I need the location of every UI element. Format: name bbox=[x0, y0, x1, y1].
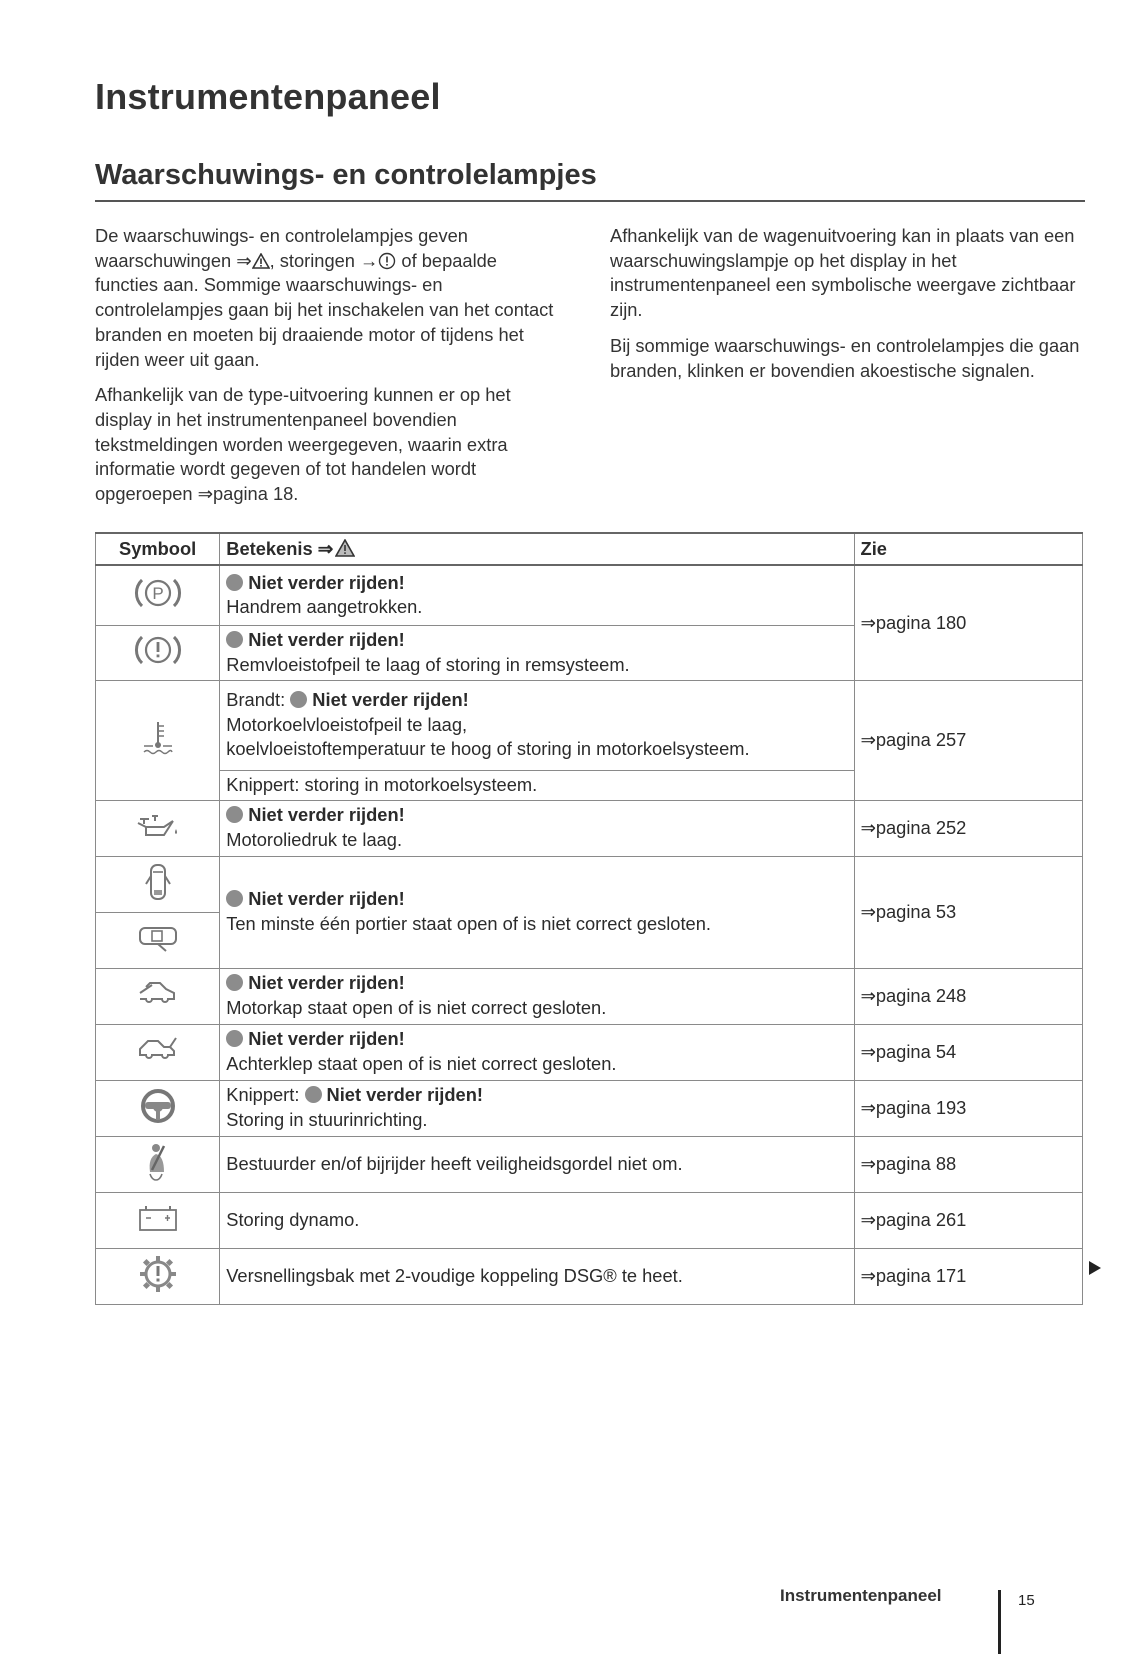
stop-warning: Niet verder rijden! bbox=[312, 689, 468, 710]
warning-lights-table: Symbool Betekenis ⇒ Zie PNiet verder rij… bbox=[95, 532, 1083, 1305]
brake-warning-icon bbox=[102, 633, 213, 672]
meaning-text: Motorkoelvloeistofpeil te laag, koelvloe… bbox=[226, 714, 749, 760]
battery-icon bbox=[102, 1202, 213, 1239]
see-page-cell: ⇒pagina 171 bbox=[854, 1248, 1082, 1304]
section-title: Waarschuwings- en controlelampjes bbox=[95, 159, 597, 192]
section-divider bbox=[95, 200, 1085, 202]
symbol-cell bbox=[96, 1248, 220, 1304]
svg-text:P: P bbox=[152, 584, 163, 603]
intro-left-column: De waarschuwings- en controlelampjes gev… bbox=[95, 224, 565, 518]
arrow-icon: ⇒ bbox=[236, 250, 251, 271]
stop-warning: Niet verder rijden! bbox=[248, 1028, 404, 1049]
intro-paragraph-3: Afhankelijk van de wagenuitvoering kan i… bbox=[610, 224, 1090, 323]
meaning-cell: Knippert: storing in motorkoelsysteem. bbox=[220, 770, 854, 800]
see-page-cell: ⇒pagina 257 bbox=[854, 680, 1082, 800]
meaning-text: Bestuurder en/of bijrijder heeft veiligh… bbox=[226, 1153, 682, 1174]
symbol-cell bbox=[96, 800, 220, 856]
table-row: Brandt: Niet verder rijden!Motorkoelvloe… bbox=[96, 680, 1083, 770]
header-meaning-label: Betekenis ⇒ bbox=[226, 538, 333, 559]
meaning-text: Handrem aangetrokken. bbox=[226, 596, 422, 617]
warning-triangle-icon bbox=[335, 539, 355, 557]
info-circle-icon bbox=[378, 252, 396, 270]
meaning-text: Storing dynamo. bbox=[226, 1209, 359, 1230]
meaning-cell: Niet verder rijden!Motoroliedruk te laag… bbox=[220, 800, 854, 856]
meaning-cell: Knippert: Niet verder rijden!Storing in … bbox=[220, 1080, 854, 1136]
seatbelt-icon bbox=[102, 1142, 213, 1187]
meaning-cell: Niet verder rijden!Handrem aangetrokken. bbox=[220, 565, 854, 625]
meaning-cell: Versnellingsbak met 2-voudige koppeling … bbox=[220, 1248, 854, 1304]
intro-paragraph-2: Afhankelijk van de type-uitvoering kunne… bbox=[95, 383, 565, 507]
chapter-title: Instrumentenpaneel bbox=[95, 76, 441, 118]
meaning-text: Remvloeistofpeil te laag of storing in r… bbox=[226, 654, 629, 675]
symbol-cell bbox=[96, 1136, 220, 1192]
meaning-text: Versnellingsbak met 2-voudige koppeling … bbox=[226, 1265, 683, 1286]
meaning-cell: Bestuurder en/of bijrijder heeft veiligh… bbox=[220, 1136, 854, 1192]
meaning-cell: Niet verder rijden!Achterklep staat open… bbox=[220, 1024, 854, 1080]
table-row: Niet verder rijden!Achterklep staat open… bbox=[96, 1024, 1083, 1080]
see-page-cell: ⇒pagina 88 bbox=[854, 1136, 1082, 1192]
meaning-cell: Niet verder rijden!Ten minste één portie… bbox=[220, 856, 854, 968]
stop-icon bbox=[305, 1086, 322, 1103]
stop-icon bbox=[226, 1030, 243, 1047]
meaning-cell: Niet verder rijden!Motorkap staat open o… bbox=[220, 968, 854, 1024]
stop-icon bbox=[226, 574, 243, 591]
see-page-cell: ⇒pagina 248 bbox=[854, 968, 1082, 1024]
symbol-cell bbox=[96, 680, 220, 800]
symbol-cell bbox=[96, 1080, 220, 1136]
stop-icon bbox=[226, 806, 243, 823]
table-row: Niet verder rijden!Motoroliedruk te laag… bbox=[96, 800, 1083, 856]
page-reference-link[interactable]: ⇒pagina 261 bbox=[861, 1209, 967, 1230]
see-page-cell: ⇒pagina 53 bbox=[854, 856, 1082, 968]
table-row: Bestuurder en/of bijrijder heeft veiligh… bbox=[96, 1136, 1083, 1192]
see-page-cell: ⇒pagina 180 bbox=[854, 565, 1082, 680]
stop-icon bbox=[226, 974, 243, 991]
meaning-cell: Storing dynamo. bbox=[220, 1192, 854, 1248]
stop-warning: Niet verder rijden! bbox=[248, 804, 404, 825]
page-reference-link[interactable]: ⇒pagina 171 bbox=[861, 1265, 967, 1286]
symbol-cell bbox=[96, 912, 220, 968]
meaning-text: Ten minste één portier staat open of is … bbox=[226, 913, 711, 934]
column-header-meaning: Betekenis ⇒ bbox=[220, 533, 854, 565]
table-row: Niet verder rijden!Motorkap staat open o… bbox=[96, 968, 1083, 1024]
symbol-cell bbox=[96, 625, 220, 680]
intro-paragraph-1: De waarschuwings- en controlelampjes gev… bbox=[95, 224, 565, 372]
tailgate-open-icon bbox=[102, 1035, 213, 1070]
table-row: Niet verder rijden!Ten minste één portie… bbox=[96, 856, 1083, 912]
intro-text: , storingen bbox=[270, 250, 360, 271]
stop-icon bbox=[290, 691, 307, 708]
meaning-cell: Niet verder rijden!Remvloeistofpeil te l… bbox=[220, 625, 854, 680]
intro-paragraph-4: Bij sommige waarschuwings- en controlela… bbox=[610, 334, 1090, 383]
hood-open-icon bbox=[102, 979, 213, 1014]
table-row: PNiet verder rijden!Handrem aangetrokken… bbox=[96, 565, 1083, 625]
table-row: Storing dynamo.⇒pagina 261 bbox=[96, 1192, 1083, 1248]
condition-prefix: Brandt: bbox=[226, 689, 290, 710]
symbol-cell bbox=[96, 1024, 220, 1080]
footer-chapter-title: Instrumentenpaneel bbox=[780, 1586, 942, 1606]
warning-triangle-icon bbox=[252, 253, 270, 269]
page-reference-link[interactable]: ⇒pagina 180 bbox=[861, 612, 967, 633]
arrow-icon: → bbox=[360, 250, 378, 271]
symbol-cell bbox=[96, 968, 220, 1024]
stop-warning: Niet verder rijden! bbox=[248, 629, 404, 650]
next-page-arrow-icon bbox=[1089, 1261, 1101, 1275]
symbol-cell: P bbox=[96, 565, 220, 625]
stop-icon bbox=[226, 631, 243, 648]
condition-prefix: Knippert: bbox=[226, 1084, 304, 1105]
steering-wheel-icon bbox=[102, 1088, 213, 1129]
see-page-cell: ⇒pagina 193 bbox=[854, 1080, 1082, 1136]
meaning-text: Motorkap staat open of is niet correct g… bbox=[226, 997, 606, 1018]
table-row: Versnellingsbak met 2-voudige koppeling … bbox=[96, 1248, 1083, 1304]
column-header-symbol: Symbool bbox=[96, 533, 220, 565]
stop-warning: Niet verder rijden! bbox=[248, 972, 404, 993]
page-reference-link[interactable]: ⇒pagina 252 bbox=[861, 817, 967, 838]
intro-right-column: Afhankelijk van de wagenuitvoering kan i… bbox=[610, 224, 1090, 394]
see-page-cell: ⇒pagina 261 bbox=[854, 1192, 1082, 1248]
footer-divider bbox=[998, 1590, 1001, 1654]
stop-warning: Niet verder rijden! bbox=[248, 572, 404, 593]
symbol-cell bbox=[96, 856, 220, 912]
page-reference-link[interactable]: ⇒pagina 54 bbox=[861, 1041, 957, 1062]
meaning-text: Storing in stuurinrichting. bbox=[226, 1109, 427, 1130]
parking-brake-icon: P bbox=[102, 576, 213, 615]
page-reference-link[interactable]: ⇒pagina 257 bbox=[861, 729, 967, 750]
oil-pressure-icon bbox=[102, 811, 213, 846]
meaning-text: Motoroliedruk te laag. bbox=[226, 829, 402, 850]
column-header-see: Zie bbox=[854, 533, 1082, 565]
door-open-side-icon bbox=[102, 923, 213, 958]
coolant-temperature-icon bbox=[102, 718, 213, 763]
table-header-row: Symbool Betekenis ⇒ Zie bbox=[96, 533, 1083, 565]
gearbox-warning-icon bbox=[102, 1254, 213, 1299]
meaning-text: Achterklep staat open of is niet correct… bbox=[226, 1053, 616, 1074]
symbol-cell bbox=[96, 1192, 220, 1248]
page-reference-link[interactable]: ⇒pagina 53 bbox=[861, 901, 957, 922]
page-number: 15 bbox=[1018, 1592, 1035, 1609]
page-reference-link[interactable]: ⇒pagina 88 bbox=[861, 1153, 957, 1174]
see-page-cell: ⇒pagina 252 bbox=[854, 800, 1082, 856]
table-row: Knippert: Niet verder rijden!Storing in … bbox=[96, 1080, 1083, 1136]
stop-warning: Niet verder rijden! bbox=[248, 888, 404, 909]
meaning-cell: Brandt: Niet verder rijden!Motorkoelvloe… bbox=[220, 680, 854, 770]
see-page-cell: ⇒pagina 54 bbox=[854, 1024, 1082, 1080]
meaning-text: Knippert: storing in motorkoelsysteem. bbox=[226, 774, 537, 795]
page-reference-link[interactable]: ⇒pagina 248 bbox=[861, 985, 967, 1006]
page-reference-link[interactable]: ⇒pagina 193 bbox=[861, 1097, 967, 1118]
stop-warning: Niet verder rijden! bbox=[327, 1084, 483, 1105]
door-open-top-icon bbox=[102, 862, 213, 907]
stop-icon bbox=[226, 890, 243, 907]
